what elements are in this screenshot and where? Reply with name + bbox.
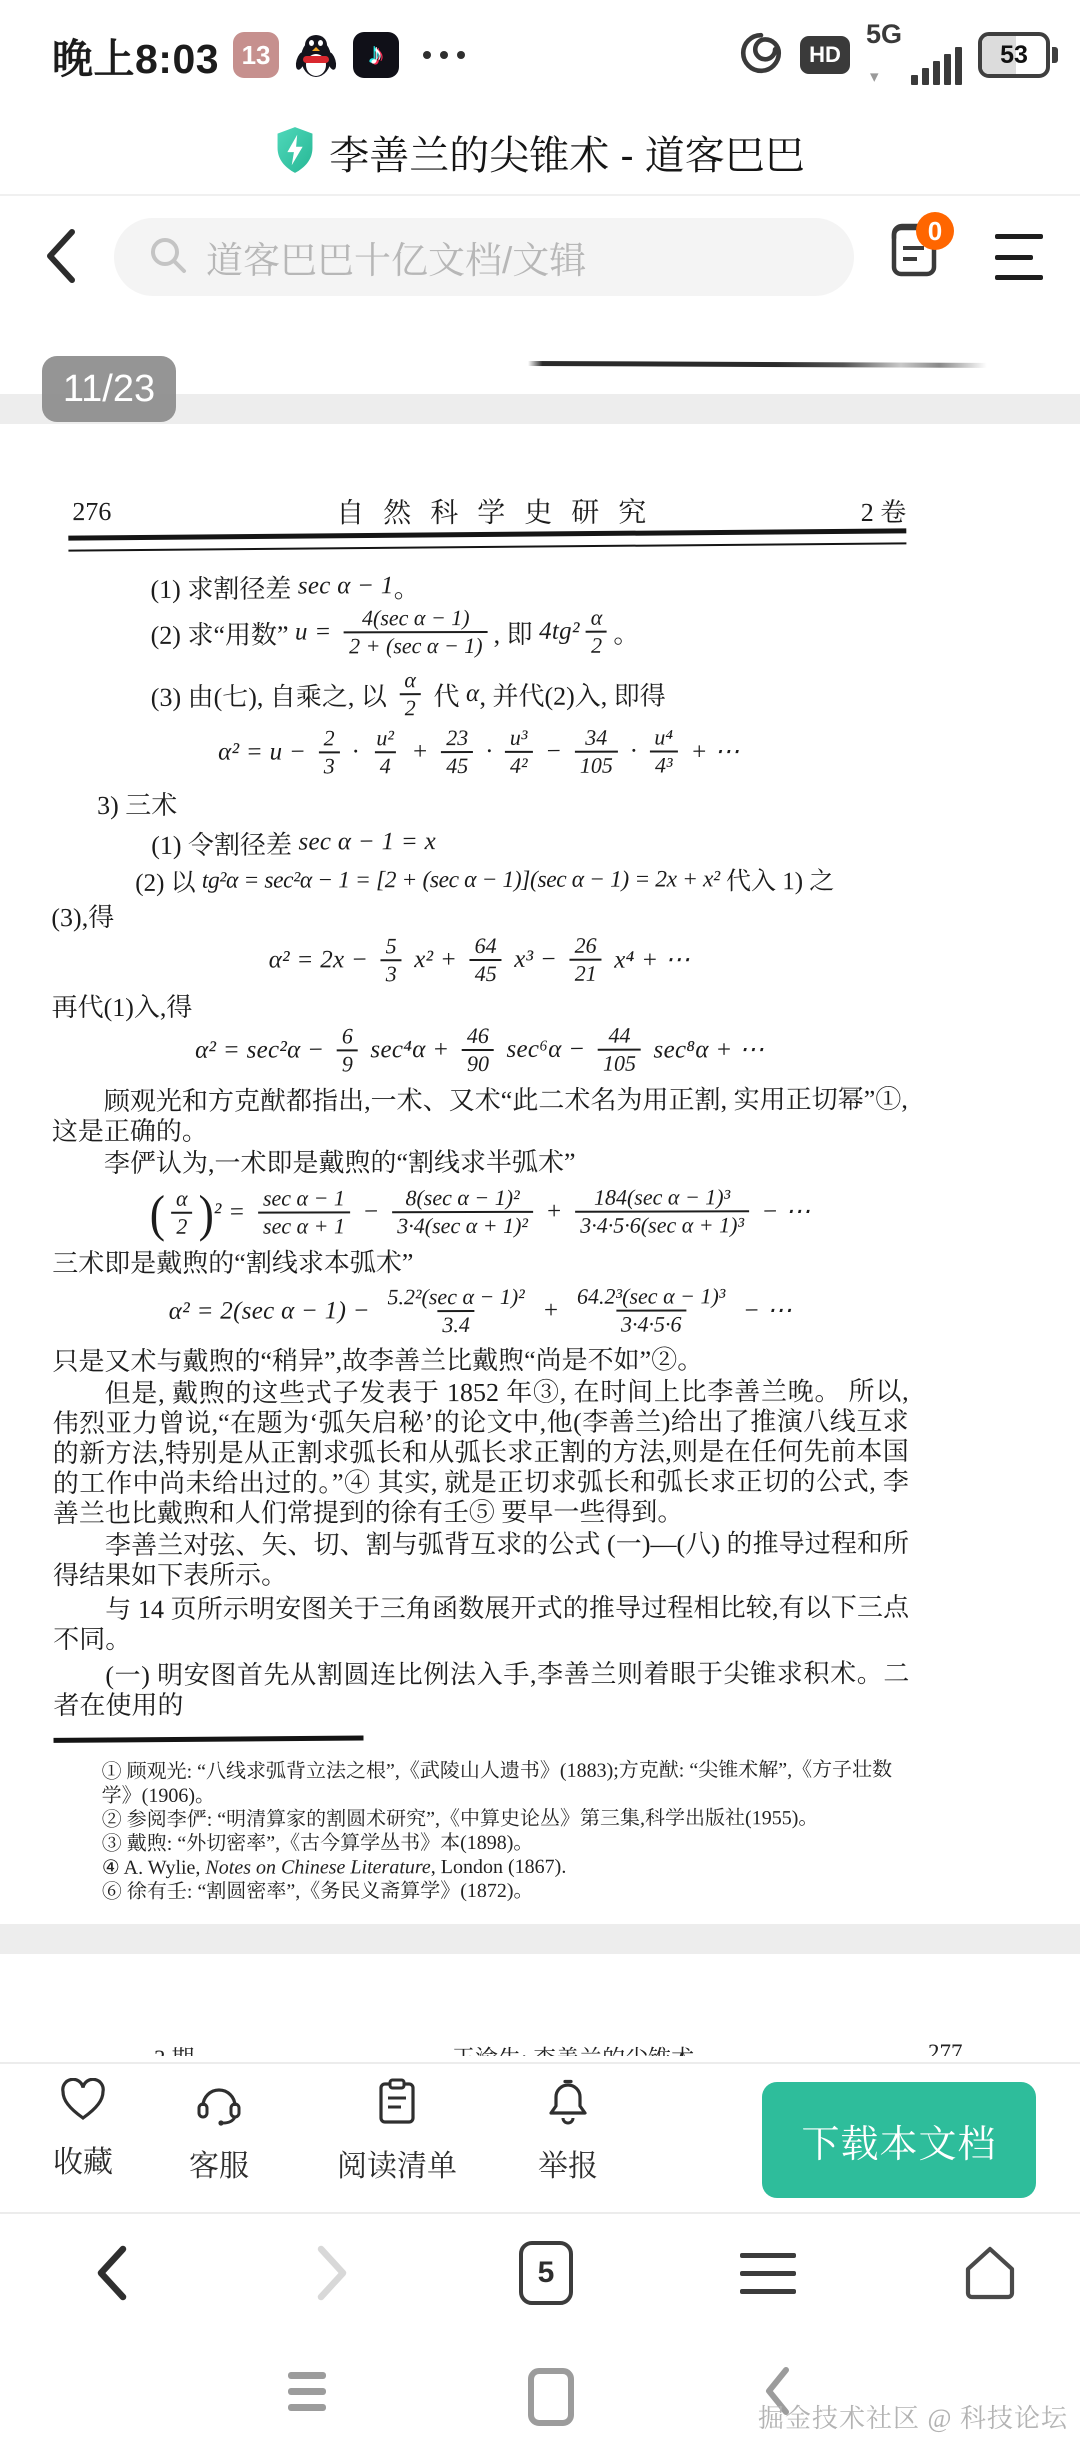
browser-nav-bar: 5 bbox=[0, 2212, 1080, 2332]
app-title-bar: 李善兰的尖锥术 - 道客巴巴 bbox=[0, 110, 1080, 196]
menu-icon[interactable] bbox=[995, 234, 1043, 280]
footnote-rule bbox=[53, 1735, 363, 1742]
doc-equation: (α2)² = sec α − 1sec α + 1 − 8(sec α − 1… bbox=[52, 1179, 908, 1245]
bell-icon bbox=[545, 2078, 591, 2131]
doc-paragraph: 李善兰对弦、矢、切、割与弧背互求的公式 (一)—(八) 的推导过程和所得结果如下… bbox=[53, 1529, 909, 1591]
doc-line: (1) 令割径差 sec α − 1 = x bbox=[51, 825, 907, 859]
badge-count: 0 bbox=[916, 212, 954, 250]
nav-home-icon[interactable] bbox=[958, 2214, 1022, 2332]
browser-toolbar: 道客巴巴十亿文档/文辑 0 bbox=[0, 196, 1080, 320]
doc-paragraph: 与 14 页所示明安图关于三角函数展开式的推导过程相比较,有以下三点不同。 bbox=[53, 1593, 909, 1655]
system-home-icon[interactable] bbox=[528, 2368, 574, 2426]
doc-line: (3),得 bbox=[51, 901, 907, 933]
customer-service-button[interactable]: 客服 bbox=[144, 2078, 294, 2185]
reading-list-shortcut[interactable]: 0 bbox=[886, 218, 956, 296]
next-page-running-title: 王渝生: 李善兰的尖锥术 bbox=[452, 2040, 694, 2056]
clipboard-list-icon bbox=[374, 2078, 420, 2131]
journal-volume: 2 卷 bbox=[796, 491, 906, 528]
system-menu-icon[interactable] bbox=[288, 2372, 326, 2411]
footnote: ① 顾观光: “八线求弧背立法之根”,《武陵山人遗书》(1883);方克猷: “… bbox=[102, 1758, 910, 1808]
next-page-preview: 3 期 王渝生: 李善兰的尖锥术 277 bbox=[0, 1954, 1080, 2062]
doc-heading: 3) 三术 bbox=[51, 789, 907, 823]
doc-line: (2) 以 tg²α = sec²α − 1 = [2 + (sec α − 1… bbox=[51, 863, 907, 897]
footnote: ③ 戴煦: “外切密率”,《古今算学丛书》本(1898)。 bbox=[102, 1830, 910, 1856]
scan-edge-line bbox=[528, 361, 1006, 368]
nav-tabs-button[interactable]: 5 bbox=[514, 2214, 578, 2332]
more-notifications-icon bbox=[423, 51, 465, 59]
tab-count: 5 bbox=[519, 2241, 573, 2305]
doc-paragraph: 李俨认为,一术即是戴煦的“割线求半弧术” bbox=[52, 1147, 908, 1179]
watermark: 掘金技术社区 @ 科技论坛 bbox=[758, 2398, 1068, 2435]
next-page-issue: 3 期 bbox=[154, 2040, 194, 2056]
search-icon bbox=[148, 235, 188, 280]
doc-paragraph: 三术即是戴煦的“割线求本弧术” bbox=[52, 1247, 908, 1279]
system-nav-bar: 掘金技术社区 @ 科技论坛 bbox=[0, 2330, 1080, 2460]
signal-5g-icon: 5G ▾ bbox=[866, 23, 962, 87]
document-toolbar: 收藏 客服 阅读清单 bbox=[0, 2062, 1080, 2214]
doc-paragraph: (一) 明安图首先从割圆连比例法入手,李善兰则着眼于尖锥求积术。二者在使用的 bbox=[53, 1659, 909, 1721]
doc-equation: α² = sec²α − 69 sec⁴α + 4690 sec⁶α − 441… bbox=[52, 1021, 908, 1079]
page-gap bbox=[0, 1924, 1080, 1954]
doc-line: (2) 求“用数” u = 4(sec α − 1)2 + (sec α − 1… bbox=[51, 603, 907, 661]
phone-screen: 晚上8:03 13 ♪ bbox=[0, 0, 1080, 2460]
qq-icon bbox=[293, 32, 339, 78]
heart-icon bbox=[59, 2078, 107, 2127]
headset-icon bbox=[195, 2078, 243, 2131]
status-bar: 晚上8:03 13 ♪ bbox=[0, 0, 1080, 110]
nav-menu-icon[interactable] bbox=[736, 2214, 800, 2332]
page-title: 李善兰的尖锥术 - 道客巴巴 bbox=[329, 124, 805, 181]
battery-icon: 53 bbox=[978, 32, 1058, 78]
doc-line: 再代(1)入,得 bbox=[52, 991, 908, 1023]
clock: 晚上8:03 bbox=[52, 26, 219, 85]
reading-list-button[interactable]: 阅读清单 bbox=[322, 2078, 472, 2185]
doc-paragraph: 但是, 戴煦的这些式子发表于 1852 年③, 在时间上比李善兰晚。 所以, 伟… bbox=[53, 1377, 909, 1529]
doc-line: (3) 由(七), 自乘之, 以 α2 代 α, 并代(2)入, 即得 bbox=[51, 667, 907, 721]
scanned-page-content: 276 自 然 科 学 史 研 究 2 卷 (1) 求割径差 sec α − 1… bbox=[50, 424, 910, 1904]
header-rule bbox=[68, 528, 906, 551]
doc-equation: α² = u − 23 · u²4 + 2345 · u³4² − 34105 … bbox=[51, 723, 907, 781]
doc-paragraph: 顾观光和方克猷都指出,一术、又术“此二术名为用正割, 实用正切幂”①, 这是正确… bbox=[52, 1085, 908, 1147]
search-placeholder: 道客巴巴十亿文档/文辑 bbox=[206, 230, 586, 284]
download-document-button[interactable]: 下载本文档 bbox=[762, 2082, 1036, 2198]
report-button[interactable]: 举报 bbox=[493, 2078, 643, 2185]
footnote: ② 参阅李俨: “明清算家的割圆术研究”,《中算史论丛》第三集,科学出版社(19… bbox=[102, 1806, 910, 1832]
footnote: ⑥ 徐有壬: “割圆密率”,《务民义斋算学》(1872)。 bbox=[102, 1878, 910, 1904]
doc-equation: α² = 2x − 53 x² + 6445 x³ − 2621 x⁴ + ⋯ bbox=[51, 931, 907, 989]
hd-badge: HD bbox=[800, 36, 850, 74]
douyin-icon: ♪ bbox=[353, 32, 399, 78]
calendar-13-icon: 13 bbox=[233, 32, 279, 78]
nav-forward-icon[interactable] bbox=[300, 2214, 364, 2332]
nav-back-icon[interactable] bbox=[80, 2214, 144, 2332]
doc-paragraph: 只是又术与戴煦的“稍异”,故李善兰比戴煦“尚是不如”②。 bbox=[52, 1345, 908, 1377]
shield-security-icon bbox=[275, 126, 315, 179]
doc-line: (1) 求割径差 sec α − 1。 bbox=[50, 569, 906, 603]
search-input[interactable]: 道客巴巴十亿文档/文辑 bbox=[114, 218, 854, 296]
footnotes: ① 顾观光: “八线求弧背立法之根”,《武陵山人遗书》(1883);方克猷: “… bbox=[54, 1758, 910, 1904]
footnote: ④ A. Wylie, Notes on Chinese Literature,… bbox=[102, 1854, 910, 1880]
next-page-number: 277 bbox=[928, 2040, 963, 2056]
favorite-button[interactable]: 收藏 bbox=[8, 2078, 158, 2181]
battery-percent: 53 bbox=[1000, 41, 1028, 70]
data-rings-icon bbox=[738, 30, 784, 81]
document-page[interactable]: 276 自 然 科 学 史 研 究 2 卷 (1) 求割径差 sec α − 1… bbox=[0, 424, 1080, 1924]
doc-equation: α² = 2(sec α − 1) − 5.2²(sec α − 1)²3.4 … bbox=[52, 1279, 908, 1343]
page-indicator: 11/23 bbox=[42, 356, 176, 422]
journal-header: 276 自 然 科 学 史 研 究 2 卷 bbox=[50, 495, 906, 527]
journal-page-number: 276 bbox=[50, 497, 192, 527]
journal-title: 自 然 科 学 史 研 究 bbox=[192, 490, 796, 532]
back-icon[interactable] bbox=[40, 226, 82, 291]
